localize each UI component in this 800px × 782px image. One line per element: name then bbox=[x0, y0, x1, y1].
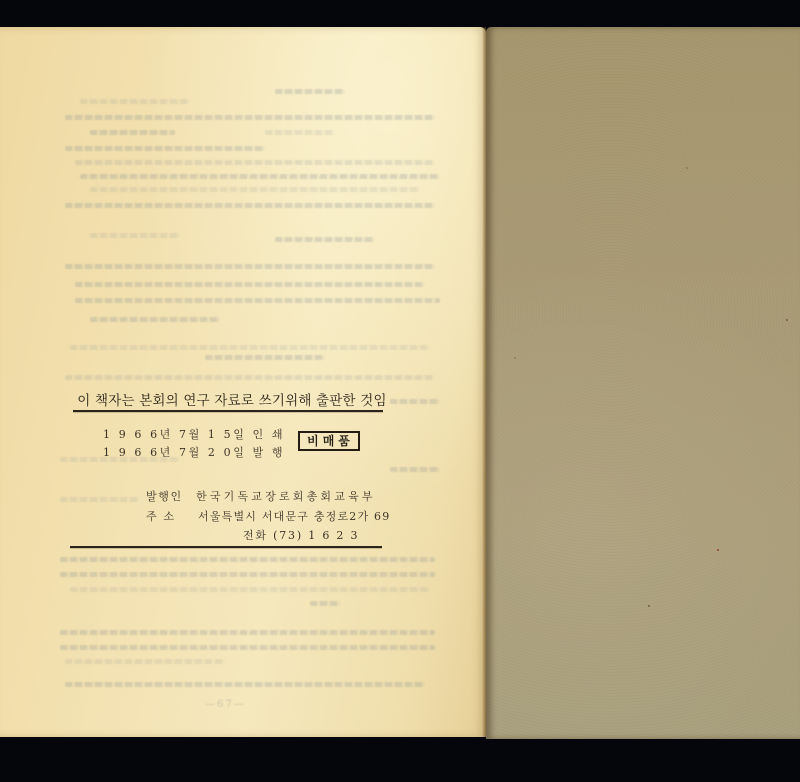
address-label: 주 소 bbox=[146, 508, 176, 524]
show-through-text bbox=[0, 27, 486, 737]
divider-rule-bottom bbox=[70, 546, 382, 548]
paper-speck bbox=[514, 357, 516, 359]
publisher-label: 발행인 bbox=[146, 488, 183, 504]
blank-cover bbox=[486, 27, 800, 739]
publication-statement: 이 책자는 본회의 연구 자료로 쓰기위해 출판한 것임 bbox=[77, 389, 387, 409]
print-date: 1 9 6 6년 7월 1 5일 인 쇄 bbox=[103, 426, 285, 442]
paper-speck bbox=[686, 167, 688, 169]
divider-rule-top bbox=[73, 410, 383, 412]
address-value: 서울특별시 서대문구 충정로2가 69 bbox=[198, 508, 390, 524]
paper-speck bbox=[648, 605, 650, 607]
publisher-name: 한국기독교장로회총회교육부 bbox=[196, 488, 376, 504]
paper-speck bbox=[717, 549, 719, 551]
publish-date: 1 9 6 6년 7월 2 0일 발 행 bbox=[103, 444, 285, 460]
paper-speck bbox=[786, 319, 788, 321]
scanned-spread: 이 책자는 본회의 연구 자료로 쓰기위해 출판한 것임 1 9 6 6년 7월… bbox=[0, 0, 800, 782]
page-number: —67— bbox=[205, 699, 246, 710]
phone-number: 전화 (73) 1 6 2 3 bbox=[243, 527, 359, 543]
colophon-page: 이 책자는 본회의 연구 자료로 쓰기위해 출판한 것임 1 9 6 6년 7월… bbox=[0, 27, 486, 737]
not-for-sale-stamp: 비매품 bbox=[298, 431, 360, 451]
